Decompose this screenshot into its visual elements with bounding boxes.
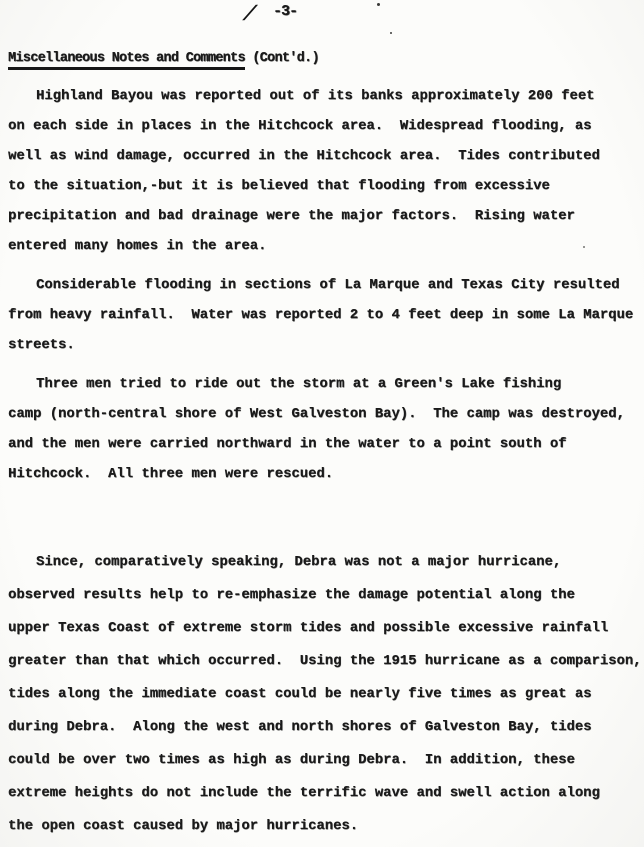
text-line: could be over two times as high as durin… [8,744,644,777]
document-page: / -3- Miscellaneous Notes and Comments (… [0,0,644,847]
text-line: extreme heights do not include the terri… [8,777,644,810]
text-line: on each side in places in the Hitchcock … [8,111,644,141]
text-line: well as wind damage, occurred in the Hit… [8,141,644,171]
paragraph: Since, comparatively speaking, Debra was… [8,546,644,843]
scan-speck [390,32,392,34]
document-body: Highland Bayou was reported out of its b… [8,81,644,843]
text-line: Considerable flooding in sections of La … [8,270,644,300]
text-line: and the men were carried northward in th… [8,429,644,459]
text-line: greater than that which occurred. Using … [8,645,644,678]
text-line: from heavy rainfall. Water was reported … [8,300,644,330]
text-line: Three men tried to ride out the storm at… [8,369,644,399]
paragraph: Three men tried to ride out the storm at… [8,369,644,489]
text-line: observed results help to re-emphasize th… [8,579,644,612]
page-number: -3- [273,3,297,20]
paragraph: Highland Bayou was reported out of its b… [8,81,644,261]
heading-underlined-text: Miscellaneous Notes and Comments [8,51,245,70]
text-line: Highland Bayou was reported out of its b… [8,81,644,111]
text-line: entered many homes in the area. [8,231,644,261]
text-line: the open coast caused by major hurricane… [8,810,644,843]
section-heading: Miscellaneous Notes and Comments (Cont'd… [8,51,319,66]
text-line: during Debra. Along the west and north s… [8,711,644,744]
heading-suffix: (Cont'd.) [245,51,319,66]
text-line: tides along the immediate coast could be… [8,678,644,711]
text-line: Hitchcock. All three men were rescued. [8,459,644,489]
scan-speck [377,3,380,6]
text-line: camp (north-central shore of West Galves… [8,399,644,429]
text-line: Since, comparatively speaking, Debra was… [8,546,644,579]
text-line: precipitation and bad drainage were the … [8,201,644,231]
text-line: to the situation,-but it is believed tha… [8,171,644,201]
page-header: / -3- [0,0,644,40]
text-line: upper Texas Coast of extreme storm tides… [8,612,644,645]
paragraph: Considerable flooding in sections of La … [8,270,644,360]
handwritten-slash-mark: / [241,4,257,27]
text-line: streets. [8,330,644,360]
